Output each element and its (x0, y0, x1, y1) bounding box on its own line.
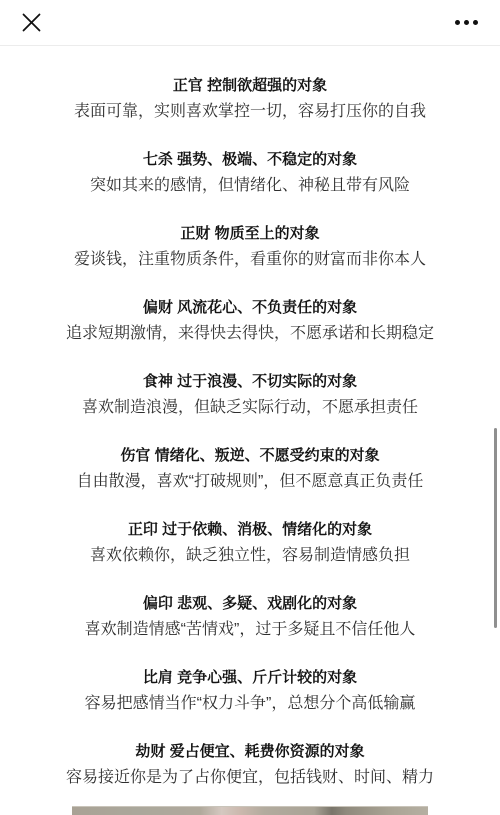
section-title: 劫财 爱占便宜、耗费你资源的对象 (35, 740, 465, 764)
article-body: 正官 控制欲超强的对象 表面可靠，实则喜欢掌控一切，容易打压你的自我 七杀 强势… (0, 46, 500, 791)
section-title: 正印 过于依赖、消极、情绪化的对象 (35, 518, 465, 542)
section-jiecai: 劫财 爱占便宜、耗费你资源的对象 容易接近你是为了占你便宜，包括钱财、时间、精力 (35, 740, 465, 791)
section-zhengyin: 正印 过于依赖、消极、情绪化的对象 喜欢依赖你，缺乏独立性，容易制造情感负担 (35, 518, 465, 569)
section-title: 正官 控制欲超强的对象 (35, 74, 465, 98)
section-desc: 喜欢制造浪漫，但缺乏实际行动，不愿承担责任 (35, 395, 465, 421)
section-bijian: 比肩 竞争心强、斤斤计较的对象 容易把感情当作“权力斗争”，总想分个高低输赢 (35, 666, 465, 717)
section-desc: 突如其来的感情，但情绪化、神秘且带有风险 (35, 173, 465, 199)
close-icon (22, 13, 41, 32)
section-shishen: 食神 过于浪漫、不切实际的对象 喜欢制造浪漫，但缺乏实际行动，不愿承担责任 (35, 370, 465, 421)
close-button[interactable] (18, 9, 45, 36)
section-title: 比肩 竞争心强、斤斤计较的对象 (35, 666, 465, 690)
section-pianyin: 偏印 悲观、多疑、戏剧化的对象 喜欢制造情感“苦情戏”，过于多疑且不信任他人 (35, 592, 465, 643)
section-piancai: 偏财 风流花心、不负责任的对象 追求短期激情，来得快去得快，不愿承诺和长期稳定 (35, 296, 465, 347)
top-bar (0, 0, 500, 46)
section-shangguan: 伤官 情绪化、叛逆、不愿受约束的对象 自由散漫，喜欢“打破规则”，但不愿意真正负… (35, 444, 465, 495)
section-desc: 喜欢制造情感“苦情戏”，过于多疑且不信任他人 (35, 617, 465, 643)
section-desc: 表面可靠，实则喜欢掌控一切，容易打压你的自我 (35, 99, 465, 125)
section-desc: 喜欢依赖你，缺乏独立性，容易制造情感负担 (35, 543, 465, 569)
section-title: 伤官 情绪化、叛逆、不愿受约束的对象 (35, 444, 465, 468)
section-title: 七杀 强势、极端、不稳定的对象 (35, 148, 465, 172)
section-desc: 爱谈钱，注重物质条件，看重你的财富而非你本人 (35, 247, 465, 273)
section-title: 偏印 悲观、多疑、戏剧化的对象 (35, 592, 465, 616)
section-qisha: 七杀 强势、极端、不稳定的对象 突如其来的感情，但情绪化、神秘且带有风险 (35, 148, 465, 199)
section-desc: 容易把感情当作“权力斗争”，总想分个高低输赢 (35, 691, 465, 717)
more-menu-button[interactable] (451, 16, 482, 29)
section-title: 食神 过于浪漫、不切实际的对象 (35, 370, 465, 394)
ellipsis-icon (455, 20, 478, 25)
section-desc: 自由散漫，喜欢“打破规则”，但不愿意真正负责任 (35, 469, 465, 495)
article-image-partial[interactable] (72, 806, 428, 815)
section-title: 正财 物质至上的对象 (35, 222, 465, 246)
section-title: 偏财 风流花心、不负责任的对象 (35, 296, 465, 320)
section-desc: 容易接近你是为了占你便宜，包括钱财、时间、精力 (35, 765, 465, 791)
section-desc: 追求短期激情，来得快去得快，不愿承诺和长期稳定 (35, 321, 465, 347)
section-zhengguan: 正官 控制欲超强的对象 表面可靠，实则喜欢掌控一切，容易打压你的自我 (35, 74, 465, 125)
scrollbar-thumb[interactable] (494, 428, 497, 628)
section-zhengcai: 正财 物质至上的对象 爱谈钱，注重物质条件，看重你的财富而非你本人 (35, 222, 465, 273)
